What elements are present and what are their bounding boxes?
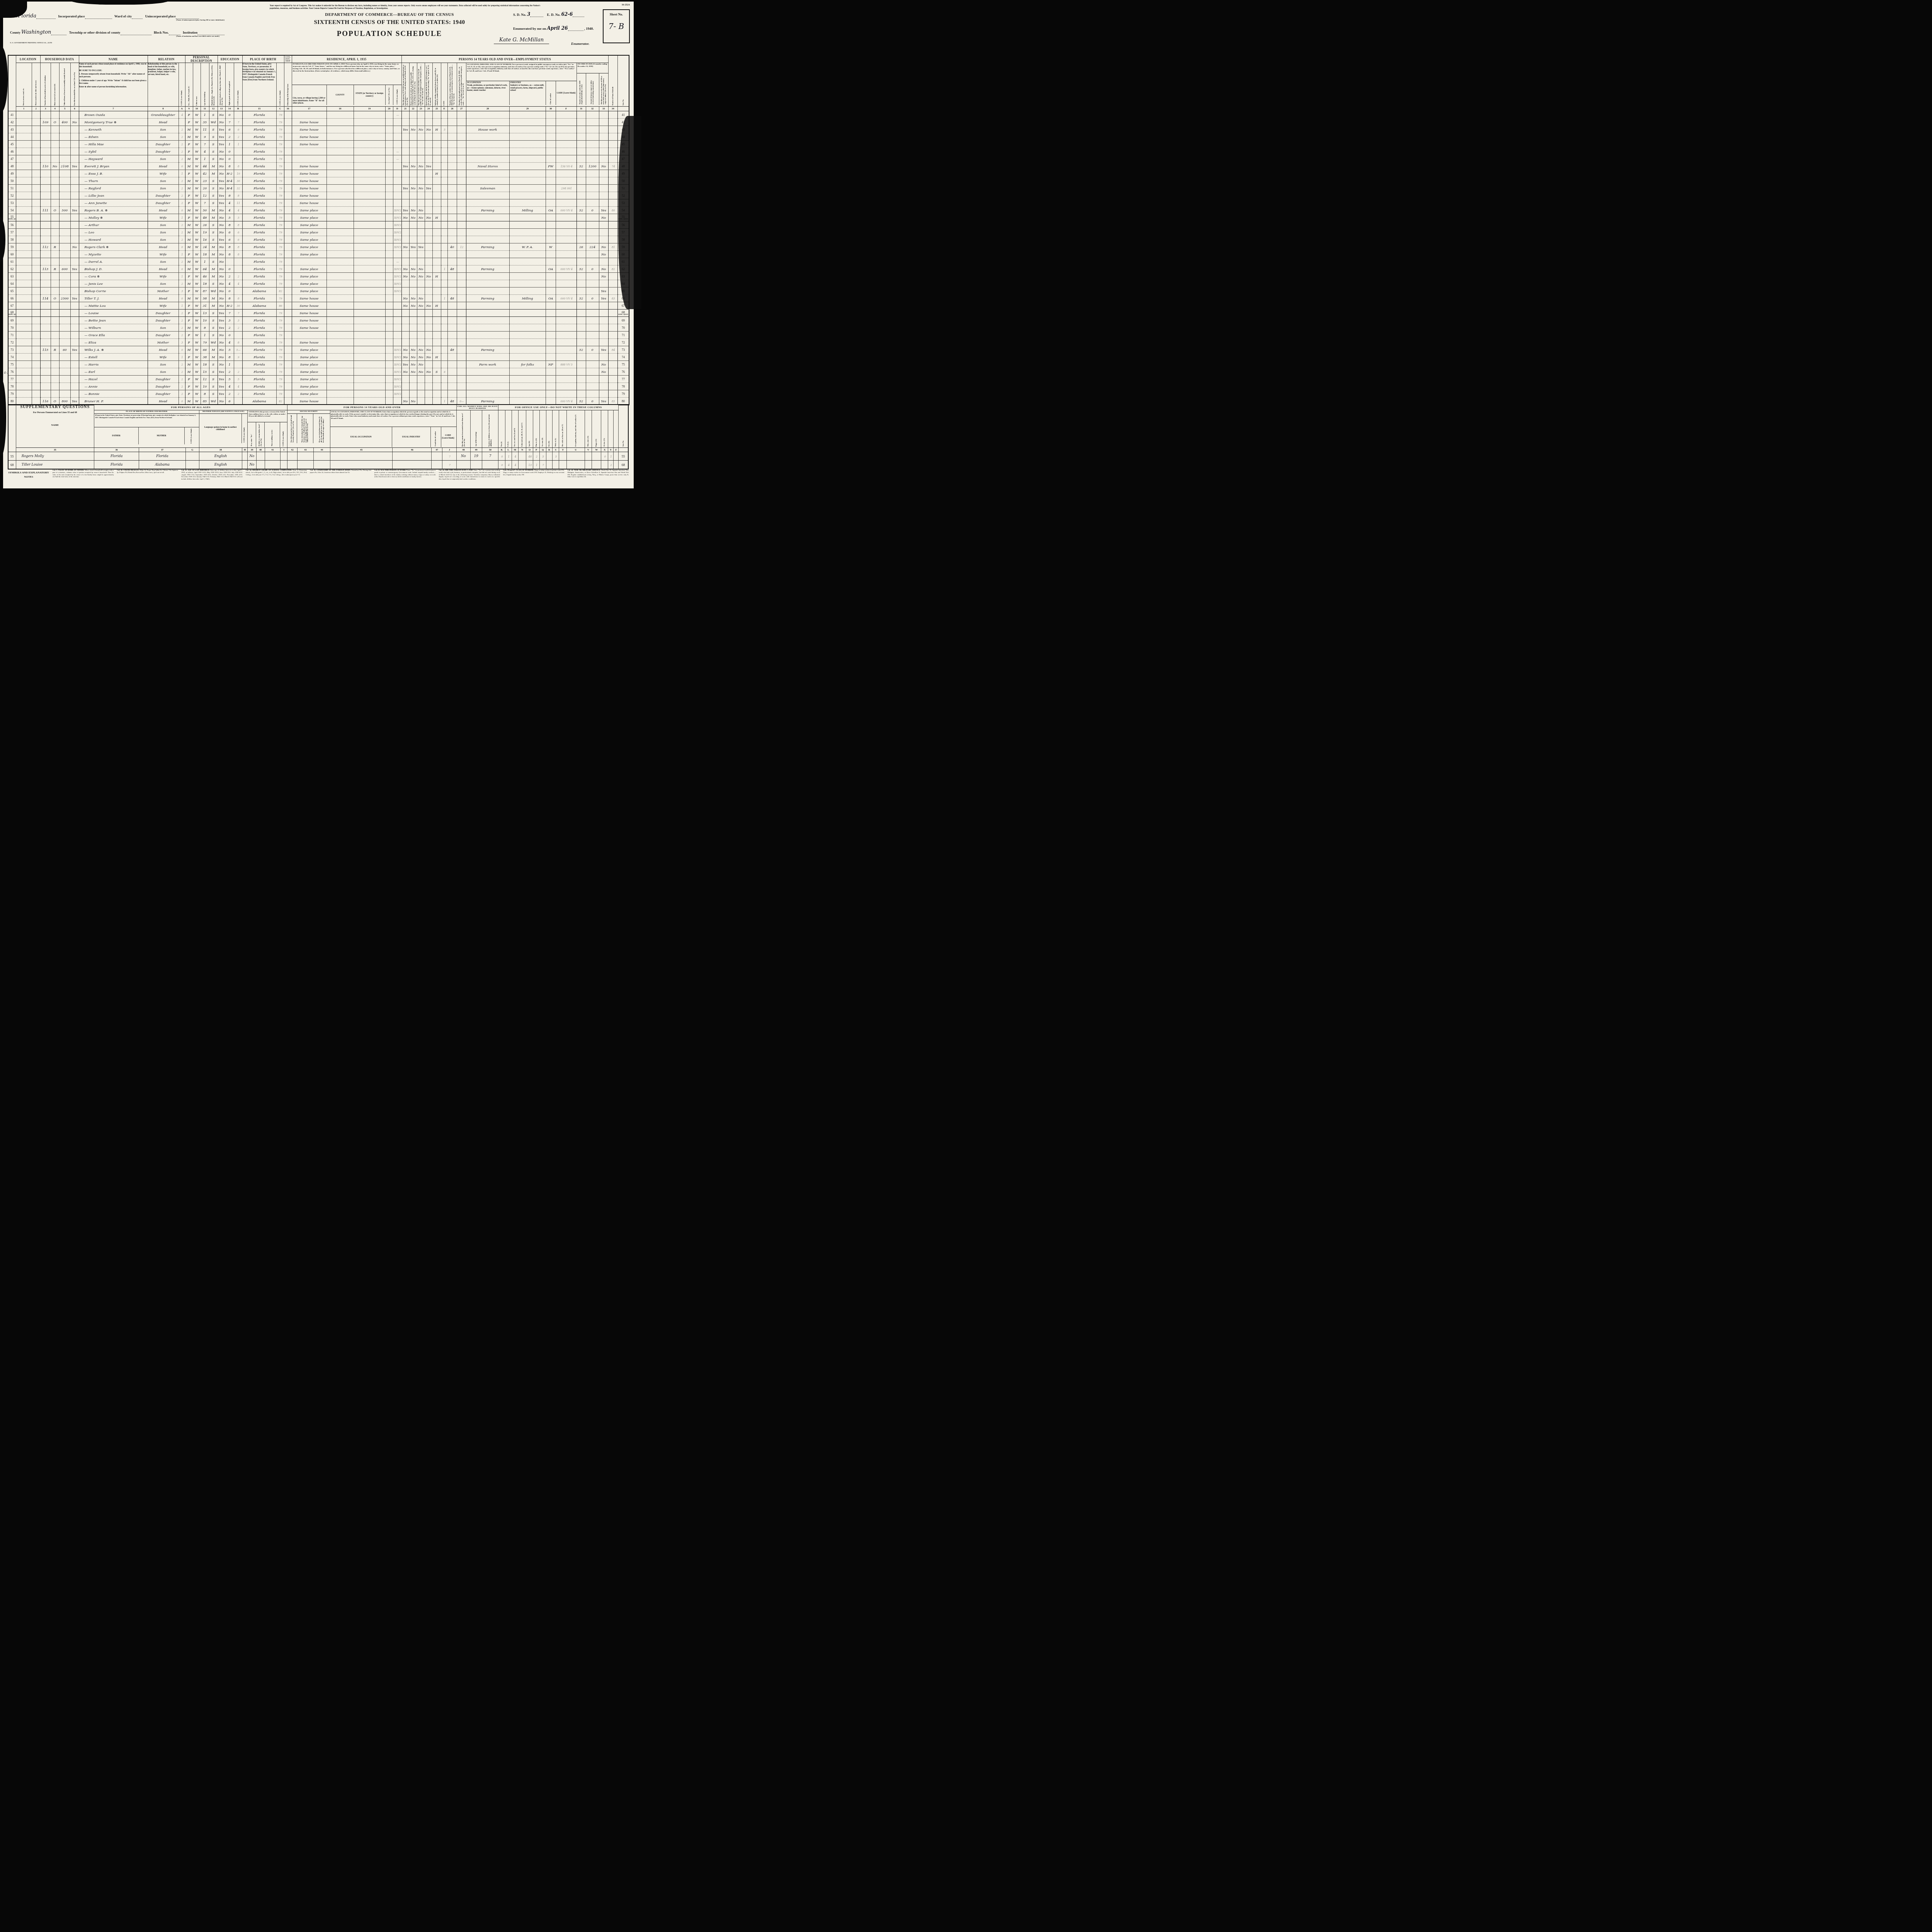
cell-c7: — Eliza	[79, 339, 148, 346]
cell-s49	[470, 461, 482, 469]
cell-cD	[393, 119, 401, 126]
cell-c30	[546, 126, 556, 133]
cell-cF	[556, 236, 577, 243]
cell-c17: Same house	[292, 302, 327, 310]
cell-c2	[32, 126, 40, 133]
cell-c21	[401, 310, 409, 317]
cell-c17: Same place	[292, 383, 327, 390]
cell-c30: W	[546, 243, 556, 251]
cell-c15: Florida	[242, 207, 276, 214]
cell-c32	[586, 332, 599, 339]
cell-sQ: 7	[539, 461, 546, 469]
cell-c18	[327, 339, 354, 346]
legal-notice: Your report is required by Act of Congre…	[270, 5, 540, 10]
cell-c32	[586, 339, 599, 346]
cell-lineR: 71	[617, 332, 629, 339]
cell-cD	[393, 310, 401, 317]
cell-c27	[457, 361, 466, 368]
cell-c8: Head	[148, 119, 179, 126]
table-row: 59112RNoRogers Clark ⊗Head0MW24MNo88Flor…	[8, 243, 629, 251]
cell-c6: No	[70, 243, 79, 251]
cell-c27	[457, 273, 466, 280]
cell-cC: 79	[276, 361, 284, 368]
cell-c9: F	[185, 199, 193, 207]
cell-c12: S	[209, 332, 218, 339]
cell-c31	[577, 339, 586, 346]
table-row: 45— Hilla MaeDaughter2FW7SYes11Florida79…	[8, 141, 629, 148]
cell-c1	[16, 111, 32, 119]
cell-c29	[509, 258, 546, 265]
cell-c11: 16	[201, 236, 209, 243]
cell-c29	[509, 376, 546, 383]
cell-c25	[432, 383, 441, 390]
cell-c13: Yes	[218, 376, 225, 383]
cell-cA: 0	[179, 265, 185, 273]
cell-c3	[40, 280, 51, 287]
cell-cB: 5	[234, 376, 242, 383]
cell-c34	[608, 170, 617, 177]
cell-c25	[432, 148, 441, 155]
cell-c3	[40, 229, 51, 236]
cell-c12: S	[209, 258, 218, 265]
cell-c10: W	[193, 346, 201, 354]
cell-c6	[70, 368, 79, 376]
cell-c12: M	[209, 265, 218, 273]
sup-column-numbers: 353637G38H394041I 424344454647J484950 KL…	[8, 448, 628, 452]
cell-c17: Same place	[292, 354, 327, 361]
cell-c32	[586, 361, 599, 368]
cell-c15: Florida	[242, 376, 276, 383]
cell-c1	[16, 332, 32, 339]
cell-c26	[447, 236, 457, 243]
cell-c18	[327, 280, 354, 287]
cell-cF	[556, 376, 577, 383]
cell-c31	[577, 376, 586, 383]
cell-c33	[599, 155, 608, 163]
sup-ss-block: SOCIAL SECURITY Does this person have a …	[287, 410, 330, 448]
cell-c23	[417, 251, 425, 258]
cell-cD: X0V2	[393, 214, 401, 221]
cell-lineL: 57	[8, 229, 16, 236]
cell-c31	[577, 111, 586, 119]
cell-cE: 1	[441, 265, 447, 273]
cell-c30	[546, 192, 556, 199]
cell-c16	[284, 332, 292, 339]
cell-c2	[32, 287, 40, 295]
cell-c4	[51, 236, 59, 243]
cell-c29	[509, 199, 546, 207]
cell-c14: 0	[225, 265, 234, 273]
cell-c16	[284, 339, 292, 346]
table-row: 49— Essa J. B.Wife1FW42MNoH-210Florida79…	[8, 170, 629, 177]
cell-s40	[256, 461, 265, 469]
cell-c1	[16, 221, 32, 229]
cell-c34	[608, 133, 617, 141]
cell-sN	[518, 452, 526, 461]
cell-sS	[552, 461, 559, 469]
cell-c32	[586, 177, 599, 185]
cell-s36: Florida	[94, 452, 139, 461]
cell-c12: S	[209, 229, 218, 236]
cell-c3	[40, 376, 51, 383]
cell-c30	[546, 302, 556, 310]
cell-c20	[385, 251, 393, 258]
cell-c28: Farming	[466, 243, 509, 251]
cell-c16	[284, 221, 292, 229]
cell-c2	[32, 251, 40, 258]
cell-c13: Yes	[218, 236, 225, 243]
cell-c22: No	[409, 361, 417, 368]
cell-c12: S	[209, 148, 218, 155]
cell-c21: No	[401, 273, 409, 280]
cell-c27	[457, 207, 466, 214]
cell-c11: 15	[201, 368, 209, 376]
cell-c14: 3	[225, 317, 234, 324]
cell-c11: 9	[201, 133, 209, 141]
cell-c27	[457, 141, 466, 148]
cell-c28: Farming	[466, 346, 509, 354]
cell-cE	[441, 141, 447, 148]
cell-c25: H	[432, 302, 441, 310]
cell-c20	[385, 229, 393, 236]
cell-cC: 79	[276, 119, 284, 126]
cell-c34	[608, 177, 617, 185]
cell-c18	[327, 148, 354, 155]
cell-cC: 79	[276, 155, 284, 163]
cell-c12: S	[209, 192, 218, 199]
cell-c5	[59, 214, 70, 221]
cell-c11: 35	[201, 119, 209, 126]
cell-sI	[281, 461, 287, 469]
cell-c4	[51, 324, 59, 332]
cell-c31	[577, 390, 586, 398]
cell-c20	[385, 155, 393, 163]
cell-cF	[556, 317, 577, 324]
cell-c27	[457, 163, 466, 170]
cell-c20	[385, 177, 393, 185]
cell-c27	[457, 133, 466, 141]
cell-c31	[577, 280, 586, 287]
cell-cA: 0	[179, 243, 185, 251]
cell-c33	[599, 177, 608, 185]
cell-cE	[441, 236, 447, 243]
cell-c13: No	[218, 265, 225, 273]
cell-c15: Florida	[242, 361, 276, 368]
cell-c31	[577, 354, 586, 361]
cell-c13: Yes	[218, 199, 225, 207]
cell-cA: 2	[179, 141, 185, 148]
cell-lineL: 54	[8, 207, 16, 214]
cell-c17	[292, 155, 327, 163]
cell-c26	[447, 310, 457, 317]
cell-cB: 8	[234, 251, 242, 258]
cell-c28	[466, 221, 509, 229]
cell-c12: M	[209, 295, 218, 302]
cell-c8: Son	[148, 185, 179, 192]
enumerated-line: Enumerated by me on April 26 , 1940.	[513, 26, 594, 31]
cell-c23: No	[417, 368, 425, 376]
cell-c34	[608, 192, 617, 199]
cell-c33	[599, 339, 608, 346]
cell-c14: 4	[225, 280, 234, 287]
cell-c15: Florida	[242, 119, 276, 126]
cell-c5	[59, 287, 70, 295]
cell-c25	[432, 265, 441, 273]
cell-c7: — Annie	[79, 383, 148, 390]
enumerated-label: Enumerated by me on	[513, 27, 546, 31]
cell-c32	[586, 192, 599, 199]
cell-c8: Son	[148, 229, 179, 236]
cell-c33	[599, 258, 608, 265]
cell-c1	[16, 287, 32, 295]
sup-tongue-block: MOTHER TONGUE (OR NATIVE LANGUAGE) Langu…	[199, 410, 247, 448]
cell-s46	[393, 461, 432, 469]
cell-c13: Yes	[218, 324, 225, 332]
cell-c4	[51, 214, 59, 221]
table-row: 55SUPPL. QUEST.— Molley ⊗Wife1FW48MNo55F…	[8, 214, 629, 221]
cell-s45	[330, 452, 393, 461]
table-row: 60— MyzetteWife1FW18MNo88Florida79Same p…	[8, 251, 629, 258]
cell-c15: Alabama	[242, 287, 276, 295]
cell-c23: No	[417, 185, 425, 192]
cell-cC: 79	[276, 265, 284, 273]
cell-cE	[441, 361, 447, 368]
cell-cD	[393, 177, 401, 185]
sup-office-t: Hrs. wkd. or Dur. un. (26 or 27)	[559, 410, 567, 448]
cell-c32	[586, 126, 599, 133]
cell-c19	[354, 258, 385, 265]
note-col24: Col. 24. DID THIS PERSON HAVE A JOB? Ent…	[439, 469, 500, 480]
cell-c7: — Mattie Lou	[79, 302, 148, 310]
cell-c13: Yes	[218, 133, 225, 141]
cell-cA: 2	[179, 332, 185, 339]
cell-c28: Farm work	[466, 361, 509, 368]
cell-cE	[441, 251, 447, 258]
table-row: 77— HazelDaughter2FW12SYes55Florida79Sam…	[8, 376, 629, 383]
cell-c21: No	[401, 346, 409, 354]
cell-cA: 2	[179, 383, 185, 390]
cell-c16	[284, 383, 292, 390]
cell-c8: Wife	[148, 251, 179, 258]
cell-c33	[599, 126, 608, 133]
cell-c12: S	[209, 141, 218, 148]
sup-office-m: Fm. res. and Sex (6 and 9)	[512, 410, 518, 448]
cell-c18	[327, 207, 354, 214]
cell-c3	[40, 199, 51, 207]
cell-c10: W	[193, 192, 201, 199]
cell-lineL: 66	[8, 295, 16, 302]
cell-lineR: 55	[618, 452, 628, 461]
cell-c24	[425, 111, 432, 119]
cell-cD	[393, 302, 401, 310]
cell-c12: S	[209, 177, 218, 185]
cell-c16	[284, 265, 292, 273]
cell-s37: Florida	[139, 452, 185, 461]
cell-c29	[509, 133, 546, 141]
cell-c34	[608, 376, 617, 383]
cell-c5	[59, 390, 70, 398]
sup-office-n: Color and nat. (10, 15, 36, and 37)	[518, 410, 526, 448]
cell-c3	[40, 332, 51, 339]
cell-cC: 79	[276, 229, 284, 236]
cell-c22	[409, 111, 417, 119]
cell-cB: 8	[234, 163, 242, 170]
sup-office-y	[608, 410, 613, 448]
cell-c18	[327, 155, 354, 163]
group-birth: PLACE OF BIRTH	[242, 55, 284, 63]
col-15-header: If born in the United States, give State…	[242, 63, 276, 107]
cell-cC: 79	[276, 148, 284, 155]
cell-c5	[59, 185, 70, 192]
cell-c18	[327, 383, 354, 390]
cell-c25	[432, 346, 441, 354]
cell-c25: H	[432, 273, 441, 280]
cell-c24	[425, 310, 432, 317]
cell-c15: Florida	[242, 390, 276, 398]
cell-c16	[284, 295, 292, 302]
cell-c21	[401, 324, 409, 332]
cell-c10: W	[193, 376, 201, 383]
cell-c8: Head	[148, 207, 179, 214]
cell-c21	[401, 155, 409, 163]
cell-c2	[32, 243, 40, 251]
cell-c23	[417, 229, 425, 236]
cell-c33	[599, 280, 608, 287]
cell-c33	[599, 376, 608, 383]
cell-c33	[599, 236, 608, 243]
cell-c23	[417, 221, 425, 229]
cell-c30	[546, 376, 556, 383]
cell-c26	[447, 229, 457, 236]
cell-c24	[425, 243, 432, 251]
cell-c1	[16, 170, 32, 177]
cell-cD	[393, 192, 401, 199]
cell-lineL: 58	[8, 236, 16, 243]
cell-lineL: 62	[8, 265, 16, 273]
cell-c27	[457, 280, 466, 287]
cell-cF	[556, 390, 577, 398]
cell-c30	[546, 383, 556, 390]
cell-c4	[51, 332, 59, 339]
sup-48-header: Has this woman been married more than on…	[457, 410, 470, 448]
col-2-header: House number (in cities and towns)	[32, 63, 40, 107]
cell-c31	[577, 141, 586, 148]
cell-c25: H	[432, 354, 441, 361]
cell-c8: Wife	[148, 170, 179, 177]
cell-c15: Florida	[242, 368, 276, 376]
cell-c1	[16, 126, 32, 133]
cell-c18	[327, 177, 354, 185]
cell-c28	[466, 376, 509, 383]
cell-c13: No	[218, 221, 225, 229]
cell-c12: M	[209, 170, 218, 177]
cell-cC: 79	[276, 295, 284, 302]
cell-c5	[59, 258, 70, 265]
cell-c22: No	[409, 214, 417, 221]
cell-s38: English	[199, 452, 242, 461]
cell-c20	[385, 265, 393, 273]
cell-c12: S	[209, 310, 218, 317]
cell-c30	[546, 229, 556, 236]
cell-c5	[59, 236, 70, 243]
cell-c9: M	[185, 243, 193, 251]
cell-cC: 79	[276, 310, 284, 317]
cell-c34	[608, 339, 617, 346]
cell-c24	[425, 170, 432, 177]
sup-office-p: Mar. st. (12)	[533, 410, 539, 448]
cell-cA: 0	[179, 207, 185, 214]
cell-c33: Yes	[599, 295, 608, 302]
cell-c7: — Molley ⊗	[79, 214, 148, 221]
cell-c14: 2	[225, 368, 234, 376]
sup-office-l: V-R (5)	[505, 410, 512, 448]
cell-sR	[546, 461, 552, 469]
cell-c7: — Leo	[79, 229, 148, 236]
cell-c23: No	[417, 273, 425, 280]
cell-c28: Farming	[466, 207, 509, 214]
cell-c18	[327, 221, 354, 229]
cell-c22	[409, 251, 417, 258]
cell-c3	[40, 192, 51, 199]
cell-c25	[432, 111, 441, 119]
cell-c15: Florida	[242, 214, 276, 221]
cell-cD	[393, 170, 401, 177]
cell-c22	[409, 192, 417, 199]
enumerator-label: Enumerator.	[571, 42, 589, 46]
cell-cE: 6	[441, 368, 447, 376]
cell-c17: Same place	[292, 265, 327, 273]
cell-c8: Wife	[148, 302, 179, 310]
cell-c30	[546, 185, 556, 192]
cell-s38: English	[199, 461, 242, 469]
cell-c16	[284, 258, 292, 265]
cell-c23	[417, 141, 425, 148]
cell-c13: No	[218, 339, 225, 346]
cell-c32	[586, 302, 599, 310]
cell-c7: — Sybil	[79, 148, 148, 155]
cell-c14: 4	[225, 339, 234, 346]
cell-c11: 58	[201, 295, 209, 302]
cell-c26	[447, 317, 457, 324]
cell-c13: No	[218, 243, 225, 251]
table-row: 72— ElizaMother3FW79WdNo48Florida79Same …	[8, 339, 629, 346]
cell-c19	[354, 390, 385, 398]
cell-c31: 52	[577, 295, 586, 302]
cell-c23: No	[417, 207, 425, 214]
sheet-label: Sheet No.	[604, 12, 629, 16]
cell-c14: 0	[225, 148, 234, 155]
cell-c23	[417, 170, 425, 177]
cell-c23: No	[417, 163, 425, 170]
cell-c4	[51, 383, 59, 390]
cell-c10: W	[193, 287, 201, 295]
cell-c10: W	[193, 185, 201, 192]
cell-c11: 7	[201, 199, 209, 207]
cell-cB: 8	[234, 339, 242, 346]
cell-cD: X0V2	[393, 361, 401, 368]
cell-c9: M	[185, 295, 193, 302]
cell-c29	[509, 192, 546, 199]
col-24-header: If not seeking work, did he HAVE A JOB, …	[425, 63, 432, 107]
cell-c23	[417, 310, 425, 317]
cell-c18	[327, 346, 354, 354]
cell-c3: 115	[40, 346, 51, 354]
cell-c26	[447, 192, 457, 199]
cell-c1	[16, 163, 32, 170]
cell-sP: 2	[533, 452, 539, 461]
cell-c3	[40, 126, 51, 133]
cell-c7: Wilks J. A. ⊗	[79, 346, 148, 354]
